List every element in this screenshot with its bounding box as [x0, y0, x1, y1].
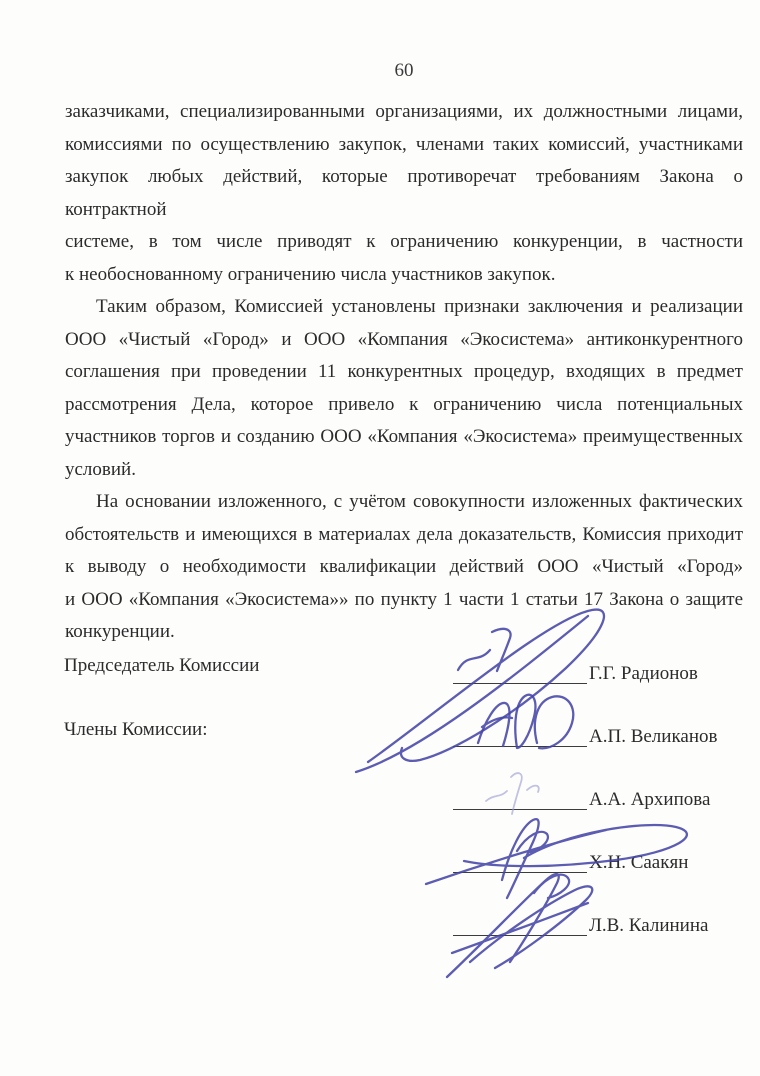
signature-line — [453, 809, 587, 810]
signature-ink-velikanov — [478, 695, 573, 749]
text-line: комиссиями по осуществлению закупок, чле… — [65, 129, 743, 162]
signatory-name: А.А. Архипова — [589, 789, 710, 811]
signature-line — [453, 872, 587, 873]
text-line: участников торгов и созданию ООО «Компан… — [65, 421, 743, 454]
text-line: соглашения при проведении 11 конкурентны… — [65, 356, 743, 389]
text-line: системе, в том числе приводят к ограниче… — [65, 226, 743, 259]
text-line: заказчиками, специализированными организ… — [65, 96, 743, 129]
signature-line — [453, 935, 587, 936]
signature-ink-arkhipova — [486, 773, 539, 814]
page-number: 60 — [65, 59, 743, 83]
text-line: и ООО «Компания «Экосистема»» по пункту … — [65, 584, 743, 617]
signatory-name: Х.Н. Саакян — [589, 852, 688, 874]
document-body: заказчиками, специализированными организ… — [65, 96, 743, 649]
text-line: рассмотрения Дела, которое привело к огр… — [65, 389, 743, 422]
members-label: Члены Комиссии: — [64, 718, 207, 741]
signature-ink-kalinina — [447, 874, 592, 977]
text-line: конкуренции. — [65, 616, 743, 649]
chairman-label: Председатель Комиссии — [64, 654, 259, 677]
signature-line — [453, 683, 587, 684]
signatory-name: Г.Г. Радионов — [589, 663, 698, 685]
text-line: к необоснованному ограничению числа учас… — [65, 259, 743, 292]
text-line: к выводу о необходимости квалификации де… — [65, 551, 743, 584]
text-line: ООО «Чистый «Город» и ООО «Компания «Эко… — [65, 324, 743, 357]
document-page: 60 заказчиками, специализированными орга… — [0, 0, 760, 1076]
text-line: Таким образом, Комиссией установлены при… — [65, 291, 743, 324]
text-line: условий. — [65, 454, 743, 487]
text-line: обстоятельств и имеющихся в материалах д… — [65, 519, 743, 552]
signatory-name: А.П. Великанов — [589, 726, 717, 748]
text-line: закупок любых действий, которые противор… — [65, 161, 743, 226]
signature-line — [453, 746, 587, 747]
text-line: На основании изложенного, с учётом совок… — [65, 486, 743, 519]
signatory-name: Л.В. Калинина — [589, 915, 708, 937]
